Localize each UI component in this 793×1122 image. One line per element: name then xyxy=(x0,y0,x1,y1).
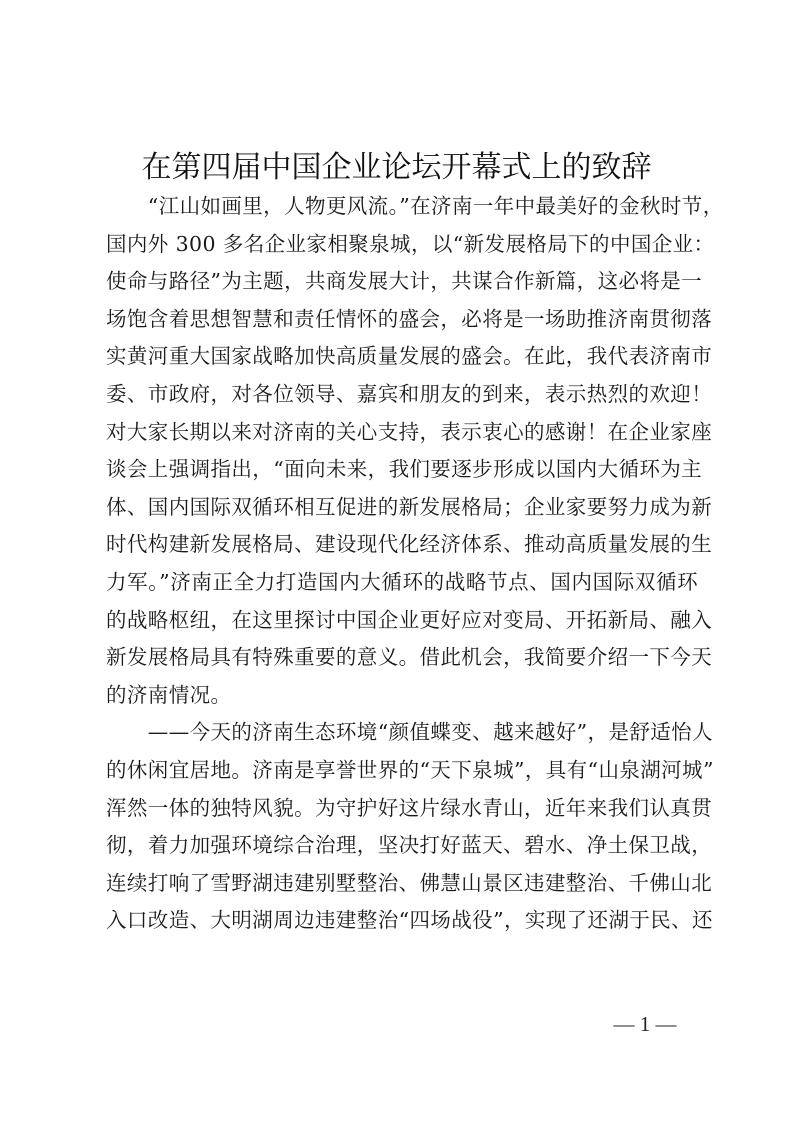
text-line: ——今天的济南生态环境“颜值蝶变、越来越好”，是舒适怡人 xyxy=(106,714,698,752)
document-page: 在第四届中国企业论坛开幕式上的致辞 “江山如画里，人物更风流。”在济南一年中最美… xyxy=(0,0,793,1122)
paragraph-1: “江山如画里，人物更风流。”在济南一年中最美好的金秋时节， 国内外 300 多名… xyxy=(106,188,698,714)
paragraph-2: ——今天的济南生态环境“颜值蝶变、越来越好”，是舒适怡人 的休闲宜居地。济南是享… xyxy=(106,714,698,940)
text-line: 实黄河重大国家战略加快高质量发展的盛会。在此，我代表济南市 xyxy=(106,338,698,376)
text-line: 新发展格局具有特殊重要的意义。借此机会，我简要介绍一下今天 xyxy=(106,639,698,677)
text-line: 的战略枢纽，在这里探讨中国企业更好应对变局、开拓新局、融入 xyxy=(106,602,698,640)
text-line: 力军。”济南正全力打造国内大循环的战略节点、国内国际双循环 xyxy=(106,564,698,602)
document-body: “江山如画里，人物更风流。”在济南一年中最美好的金秋时节， 国内外 300 多名… xyxy=(106,188,698,940)
text-line: 连续打响了雪野湖违建别墅整治、佛慧山景区违建整治、千佛山北 xyxy=(106,865,698,903)
text-line: 入口改造、大明湖周边违建整治“四场战役”，实现了还湖于民、还 xyxy=(106,902,698,940)
text-line: 谈会上强调指出，“面向未来，我们要逐步形成以国内大循环为主 xyxy=(106,451,698,489)
text-line: 委、市政府，对各位领导、嘉宾和朋友的到来，表示热烈的欢迎！ xyxy=(106,376,698,414)
text-line: 彻，着力加强环境综合治理，坚决打好蓝天、碧水、净土保卫战， xyxy=(106,827,698,865)
text-line: 时代构建新发展格局、建设现代化经济体系、推动高质量发展的生 xyxy=(106,526,698,564)
text-line: 的休闲宜居地。济南是享誉世界的“天下泉城”，具有“山泉湖河城” xyxy=(106,752,698,790)
text-line: 体、国内国际双循环相互促进的新发展格局；企业家要努力成为新 xyxy=(106,489,698,527)
text-line: 浑然一体的独特风貌。为守护好这片绿水青山，近年来我们认真贯 xyxy=(106,790,698,828)
text-line: 的济南情况。 xyxy=(106,677,698,715)
text-line: 国内外 300 多名企业家相聚泉城，以“新发展格局下的中国企业： xyxy=(106,226,698,264)
page-number: — 1 — xyxy=(600,1012,690,1037)
text-line: 对大家长期以来对济南的关心支持，表示衷心的感谢！在企业家座 xyxy=(106,414,698,452)
document-title: 在第四届中国企业论坛开幕式上的致辞 xyxy=(0,148,793,188)
text-line: 使命与路径”为主题，共商发展大计，共谋合作新篇，这必将是一 xyxy=(106,263,698,301)
text-line: 场饱含着思想智慧和责任情怀的盛会，必将是一场助推济南贯彻落 xyxy=(106,301,698,339)
text-line: “江山如画里，人物更风流。”在济南一年中最美好的金秋时节， xyxy=(106,188,698,226)
